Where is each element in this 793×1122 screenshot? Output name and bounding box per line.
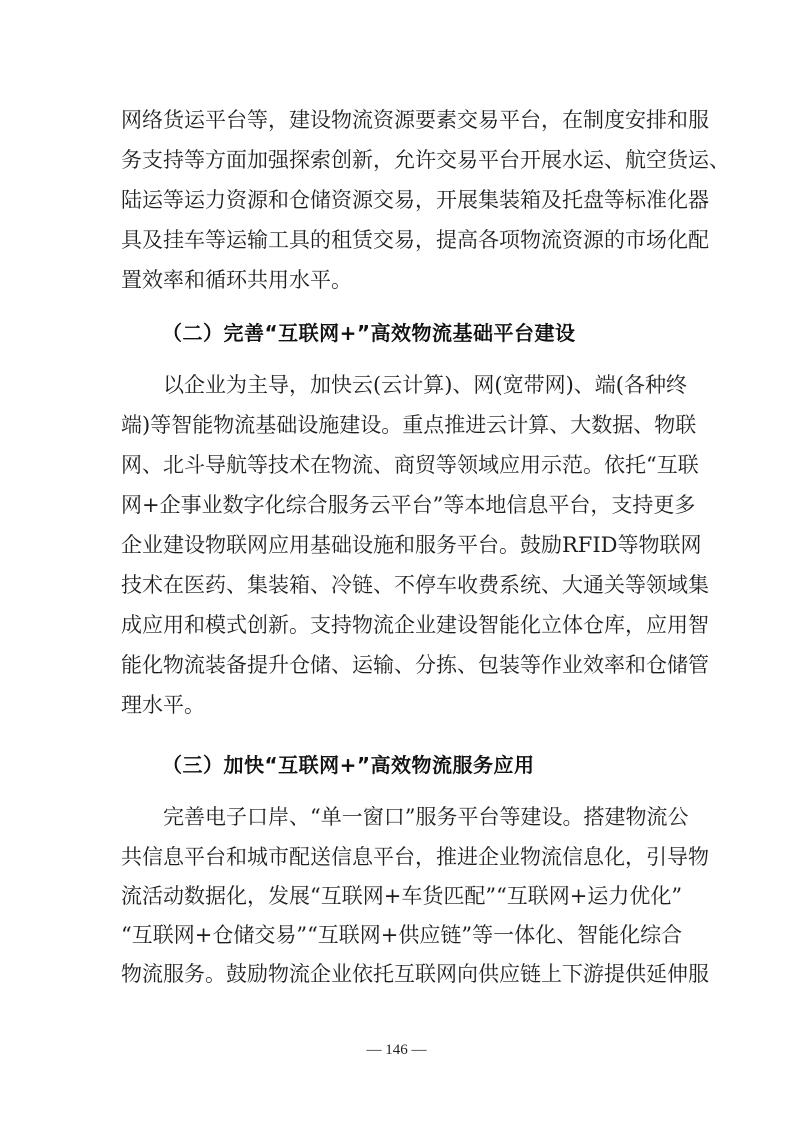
paragraph-2-line-5: 企业建设物联网应用基础设施和服务平台。鼓励RFID等物联网 — [121, 531, 677, 559]
paragraph-2-line-2: 端)等智能物流基础设施建设。重点推进云计算、大数据、物联 — [121, 411, 677, 439]
section-heading-2: （二）完善“互联网+”高效物流基础平台建设 — [162, 318, 576, 348]
document-page: 网络货运平台等，建设物流资源要素交易平台，在制度安排和服 务支持等方面加强探索创… — [0, 0, 793, 1122]
page-number: — 146 — — [0, 1040, 793, 1060]
paragraph-2-line-7: 成应用和模式创新。支持物流企业建设智能化立体仓库，应用智 — [121, 611, 677, 639]
section-heading-3: （三）加快“互联网+”高效物流服务应用 — [162, 750, 535, 780]
paragraph-3-line-3: 流活动数据化，发展“互联网+车货匹配”“互联网+运力优化” — [121, 882, 677, 910]
paragraph-2-line-9: 理水平。 — [121, 691, 677, 719]
paragraph-2-line-4: 网+企事业数字化综合服务云平台”等本地信息平台，支持更多 — [121, 491, 677, 519]
paragraph-1-line-3: 陆运等运力资源和仓储资源交易，开展集装箱及托盘等标准化器 — [121, 186, 677, 214]
paragraph-3-line-1: 完善电子口岸、“单一窗口”服务平台等建设。搭建物流公 — [163, 803, 677, 831]
paragraph-2-line-6: 技术在医药、集装箱、冷链、不停车收费系统、大通关等领域集 — [121, 571, 677, 599]
paragraph-3-line-5: 物流服务。鼓励物流企业依托互联网向供应链上下游提供延伸服 — [121, 960, 677, 988]
paragraph-2-line-1: 以企业为主导，加快云(云计算)、网(宽带网)、端(各种终 — [163, 371, 677, 399]
paragraph-1-line-2: 务支持等方面加强探索创新，允许交易平台开展水运、航空货运、 — [121, 146, 677, 174]
paragraph-1-line-1: 网络货运平台等，建设物流资源要素交易平台，在制度安排和服 — [121, 106, 677, 134]
paragraph-2-line-3: 网、北斗导航等技术在物流、商贸等领域应用示范。依托“互联 — [121, 451, 677, 479]
paragraph-2-line-8: 能化物流装备提升仓储、运输、分拣、包装等作业效率和仓储管 — [121, 651, 677, 679]
paragraph-3-line-4: “互联网+仓储交易”“互联网+供应链”等一体化、智能化综合 — [121, 921, 677, 949]
paragraph-1-line-4: 具及挂车等运输工具的租赁交易，提高各项物流资源的市场化配 — [121, 226, 677, 254]
paragraph-3-line-2: 共信息平台和城市配送信息平台，推进企业物流信息化，引导物 — [121, 843, 677, 871]
paragraph-1-line-5: 置效率和循环共用水平。 — [121, 266, 677, 294]
